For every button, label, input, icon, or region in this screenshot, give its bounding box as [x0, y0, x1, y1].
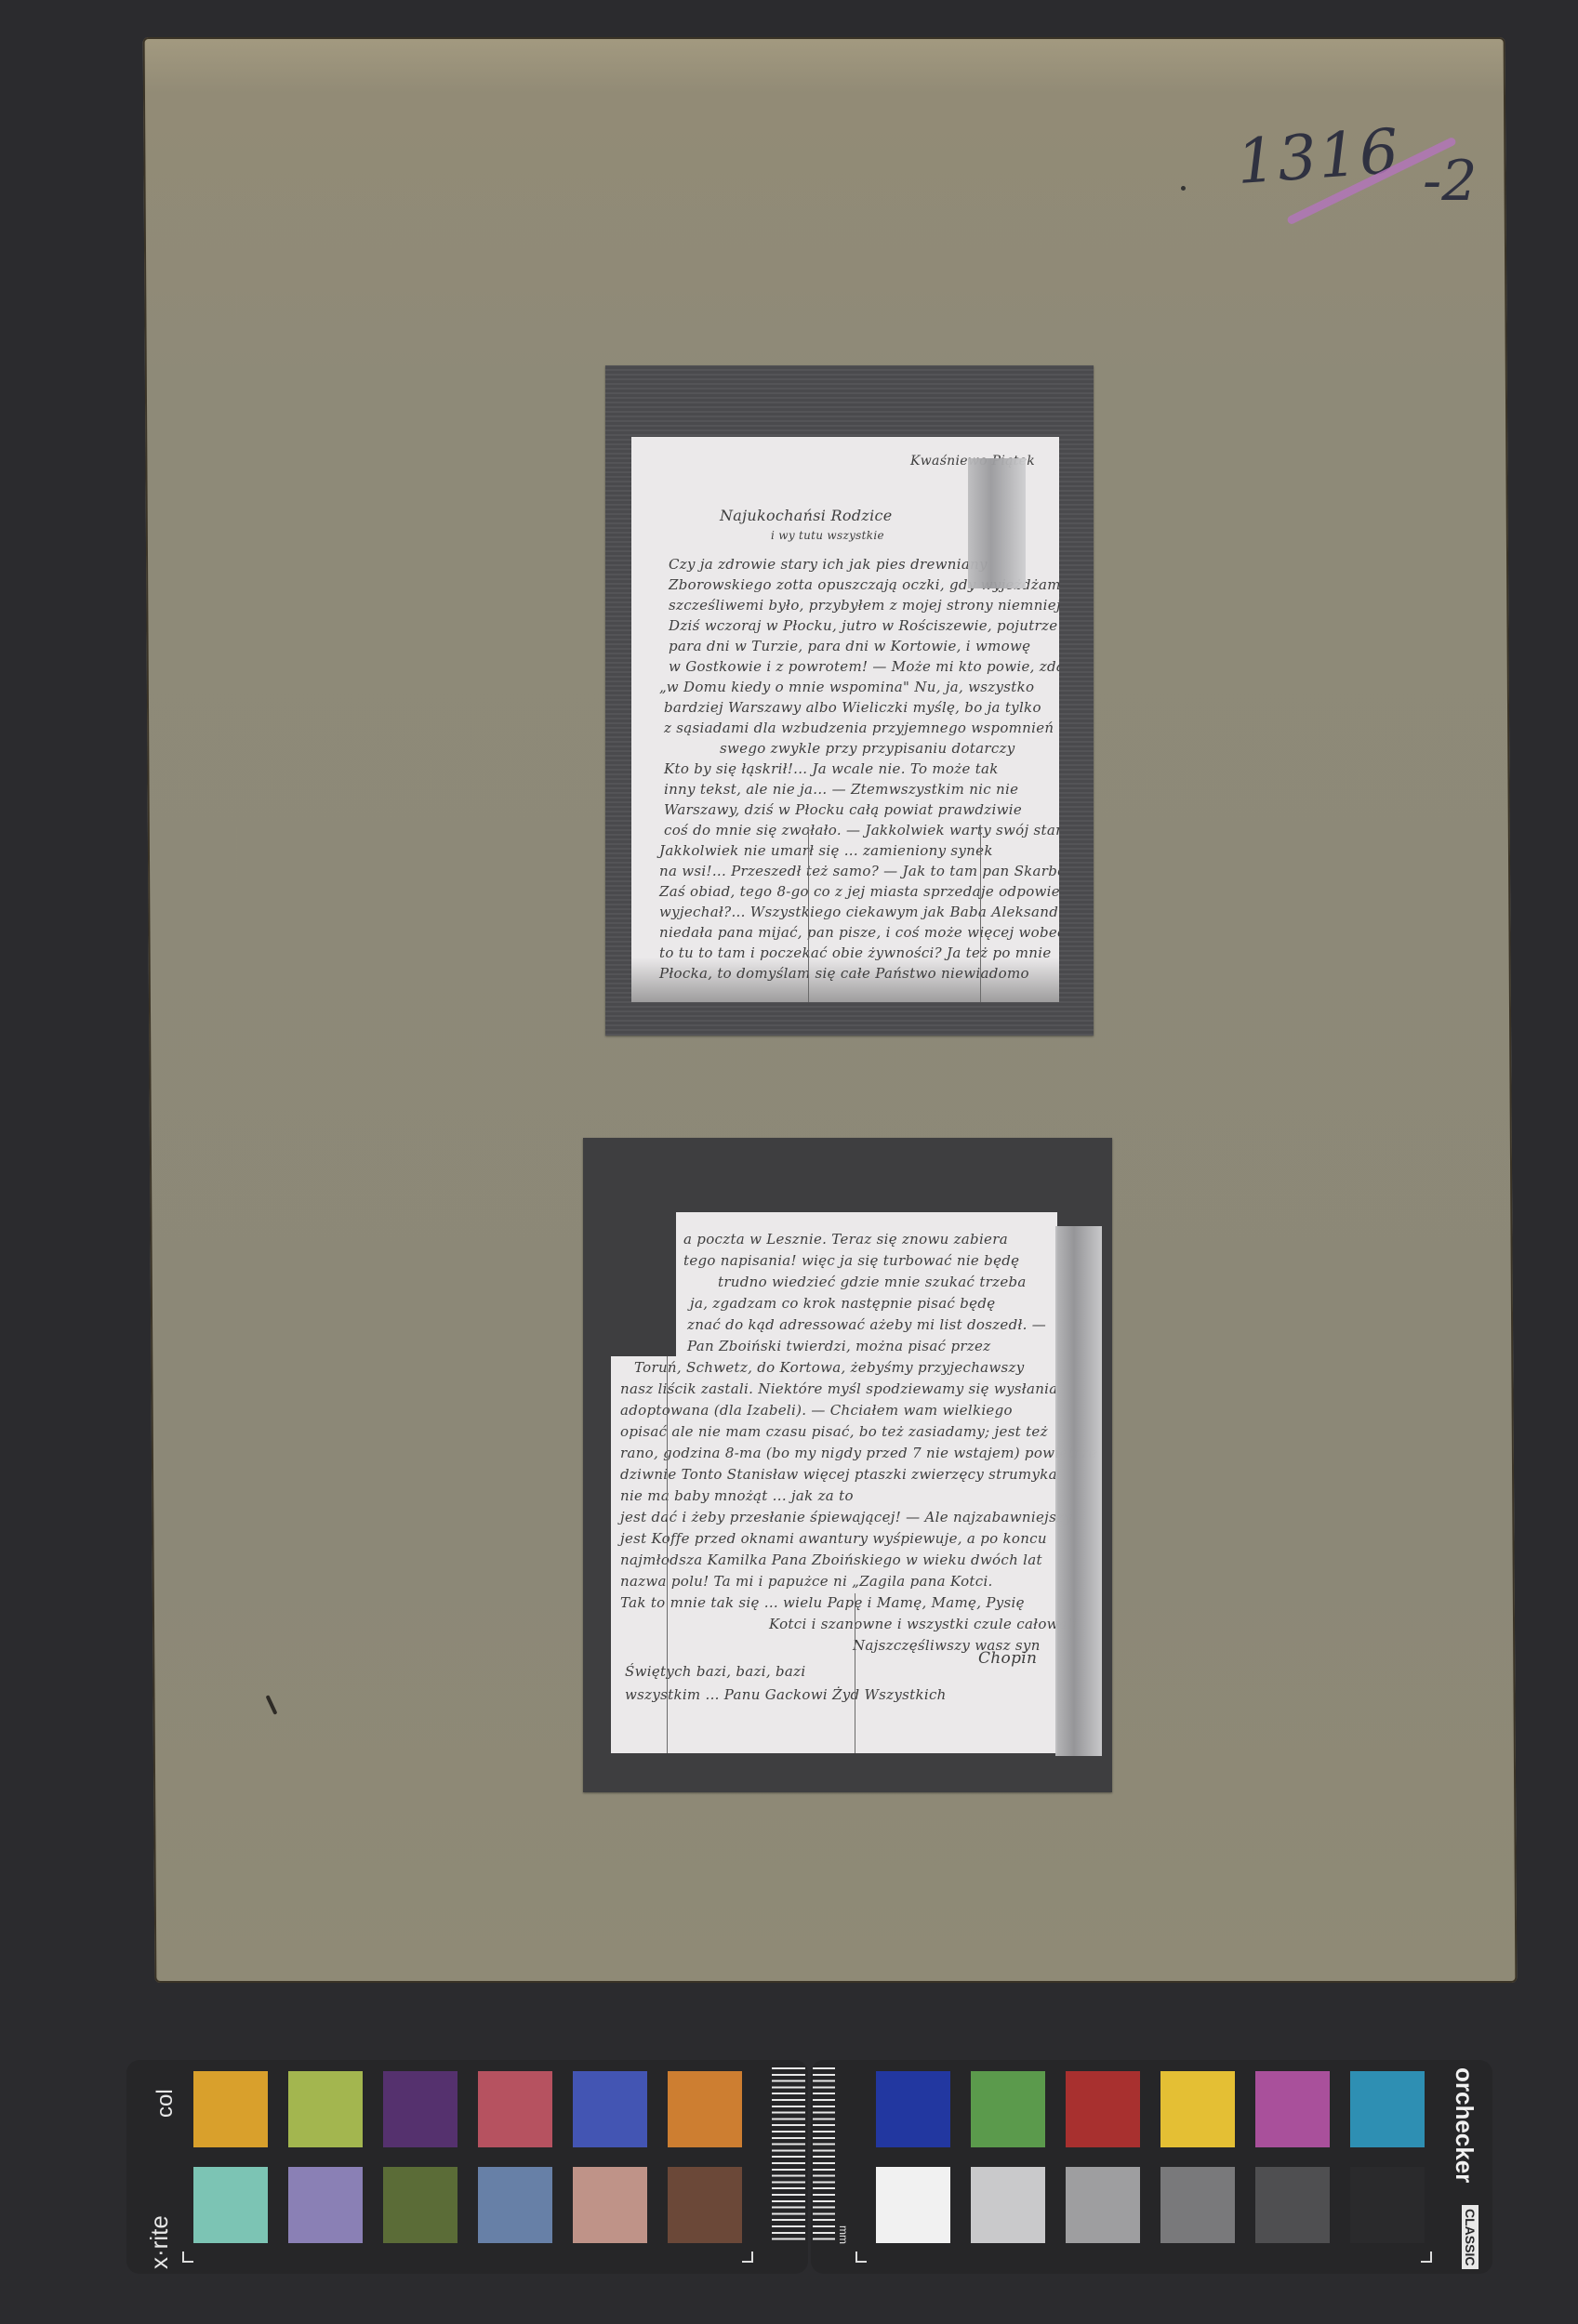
colorchecker-brand-partial: col — [152, 2089, 179, 2118]
fold-line — [808, 827, 809, 1002]
color-patch — [478, 2167, 552, 2243]
letter-line: jest Koffe przed oknami awantury wyśpiew… — [620, 1530, 1047, 1547]
crop-corner-mark — [182, 2251, 193, 2263]
color-patch — [971, 2167, 1045, 2243]
shelfmark-number: 1316 — [1235, 115, 1403, 198]
letter-line: jest dać i żeby przesłanie śpiewającej! … — [620, 1509, 1072, 1525]
shadow-band — [631, 957, 1059, 1002]
letter-line: Toruń, Schwetz, do Kortowa, żebyśmy przy… — [634, 1359, 1025, 1376]
color-patch — [1160, 2167, 1235, 2243]
letter-line: Kotci i szanowne i wszystki czule całowa… — [769, 1616, 1077, 1632]
letter-line: para dni w Turzie, para dni w Kortowie, … — [669, 638, 1030, 654]
letter-line: najmłodsza Kamilka Pana Zboińskiego w wi… — [620, 1552, 1042, 1568]
photograph-letter-page-1: Kwaśniewo Piątek Najukochańsi Rodzice i … — [605, 365, 1094, 1036]
letter-line: wyjechał?... Wszystkiego ciekawym jak Ba… — [659, 904, 1059, 920]
color-patch — [288, 2167, 363, 2243]
letter-line: adoptowana (dla Izabeli). — Chciałem wam… — [620, 1402, 1013, 1419]
letter-sheet-body: a poczta w Lesznie. Teraz się znowu zabi… — [611, 1212, 1057, 1753]
color-patch — [193, 2167, 268, 2243]
color-patch — [1350, 2071, 1425, 2147]
color-patch — [1255, 2071, 1330, 2147]
letter-line: znać do kąd adressować ażeby mi list dos… — [687, 1316, 1046, 1333]
letter-line: na wsi!... Przeszedł też samo? — Jak to … — [659, 863, 1059, 879]
color-patch — [876, 2167, 950, 2243]
letter-line: z sąsiadami dla wzbudzenia przyjemnego w… — [664, 720, 1054, 736]
letter-line: trudno wiedzieć gdzie mnie szukać trzeba — [718, 1274, 1027, 1290]
color-patch — [573, 2167, 647, 2243]
color-checker-left-panel: col x·rite — [126, 2060, 808, 2274]
color-patch — [1066, 2167, 1140, 2243]
color-patch — [971, 2071, 1045, 2147]
letter-line: swego zwykle przy przypisaniu dotarczy — [720, 740, 1015, 757]
letter-line: dziwnie Tonto Stanisław więcej ptaszki z… — [620, 1466, 1057, 1483]
letter-line: rano, godzina 8-ma (bo my nigdy przed 7 … — [620, 1445, 1097, 1461]
color-patch — [573, 2071, 647, 2147]
pencil-dot — [1181, 186, 1186, 191]
classic-badge: CLASSIC — [1462, 2205, 1479, 2269]
letter-line: nie ma baby mnożąt ... jak za to — [620, 1487, 854, 1504]
color-patch — [383, 2167, 457, 2243]
mounting-tape — [1055, 1226, 1102, 1756]
color-patch — [876, 2071, 950, 2147]
mounting-tape — [968, 458, 1026, 588]
letter-line: Zaś obiad, tego 8-go co z jej miasta spr… — [659, 883, 1059, 900]
crop-corner-mark — [1421, 2251, 1432, 2263]
colorchecker-wordmark: orchecker — [1450, 2067, 1479, 2183]
millimeter-ruler — [772, 2067, 805, 2244]
letter-line: Dziś wczoraj w Płocku, jutro w Rościszew… — [669, 617, 1059, 634]
letter-line: Jakkolwiek nie umarł się ... zamieniony … — [659, 842, 993, 859]
color-patch — [478, 2071, 552, 2147]
letter-line: a poczta w Lesznie. Teraz się znowu zabi… — [683, 1231, 1008, 1248]
color-patch — [668, 2167, 742, 2243]
shelfmark-suffix: -2 — [1423, 149, 1477, 214]
letter-signature: Chopin — [978, 1649, 1037, 1668]
letter-line: szcześliwemi było, przybyłem z mojej str… — [669, 597, 1059, 614]
letter-line: wszystkim ... Panu Gackowi Żyd Wszystkic… — [625, 1686, 947, 1703]
letter-line: nasz liścik zastali. Niektóre myśl spodz… — [620, 1380, 1058, 1397]
color-patch — [668, 2071, 742, 2147]
millimeter-ruler — [813, 2067, 835, 2244]
color-patch — [383, 2071, 457, 2147]
ruler-unit-label: mm — [837, 2225, 850, 2244]
letter-line: opisać ale nie mam czasu pisać, bo też z… — [620, 1423, 1048, 1440]
letter-line: coś do mnie się zwołało. — Jakkolwiek wa… — [664, 822, 1059, 838]
color-patch — [1066, 2071, 1140, 2147]
photograph-letter-page-2: a poczta w Lesznie. Teraz się znowu zabi… — [583, 1138, 1112, 1792]
letter-line: niedała pana mijać, pan pisze, i coś moż… — [659, 924, 1059, 941]
letter-line: Świętych bazi, bazi, bazi — [625, 1663, 805, 1680]
fold-line — [667, 1356, 668, 1753]
letter-line: nazwa polu! Ta mi i papużce ni „Zagila p… — [620, 1573, 993, 1590]
color-patch — [1350, 2167, 1425, 2243]
letter-line: Pan Zboiński twierdzi, można pisać przez — [687, 1338, 990, 1354]
fold-line — [980, 827, 981, 1002]
crop-corner-mark — [855, 2251, 867, 2263]
shelfmark-annotation: 1316 -2 — [1237, 121, 1544, 232]
color-patch — [1160, 2071, 1235, 2147]
color-patch — [288, 2071, 363, 2147]
color-patch — [1255, 2167, 1330, 2243]
fold-line — [855, 1593, 855, 1753]
letter-line: tego napisania! więc ja się turbować nie… — [683, 1252, 1019, 1269]
letter-line: Tak to mnie tak się ... wielu Papę i Mam… — [620, 1594, 1025, 1611]
letter-line: bardziej Warszawy albo Wieliczki myślę, … — [664, 699, 1041, 716]
letter-salutation: Najukochańsi Rodzice — [720, 507, 893, 524]
crop-corner-mark — [742, 2251, 753, 2263]
letter-line: Warszawy, dziś w Płocku całą powiat praw… — [664, 801, 1022, 818]
letter-subsalutation: i wy tutu wszystkie — [771, 529, 884, 542]
letter-line: Kto by się łąskrił!... Ja wcale nie. To … — [664, 760, 999, 777]
color-patch — [193, 2071, 268, 2147]
letter-line: inny tekst, ale nie ja... — Ztemwszystki… — [664, 781, 1018, 798]
letter-line: ja, zgadzam co krok następnie pisać będę — [690, 1295, 995, 1312]
letter-line: w Gostkowie i z powrotem! — Może mi kto … — [669, 658, 1059, 675]
color-checker-right-panel: mm orchecker CLASSIC — [811, 2060, 1492, 2274]
letter-line: „w Domu kiedy o mnie wspomina" Nu, ja, w… — [659, 679, 1034, 695]
letter-line: Czy ja zdrowie stary ich jak pies drewni… — [669, 556, 988, 573]
xrite-logo: x·rite — [145, 2215, 174, 2269]
